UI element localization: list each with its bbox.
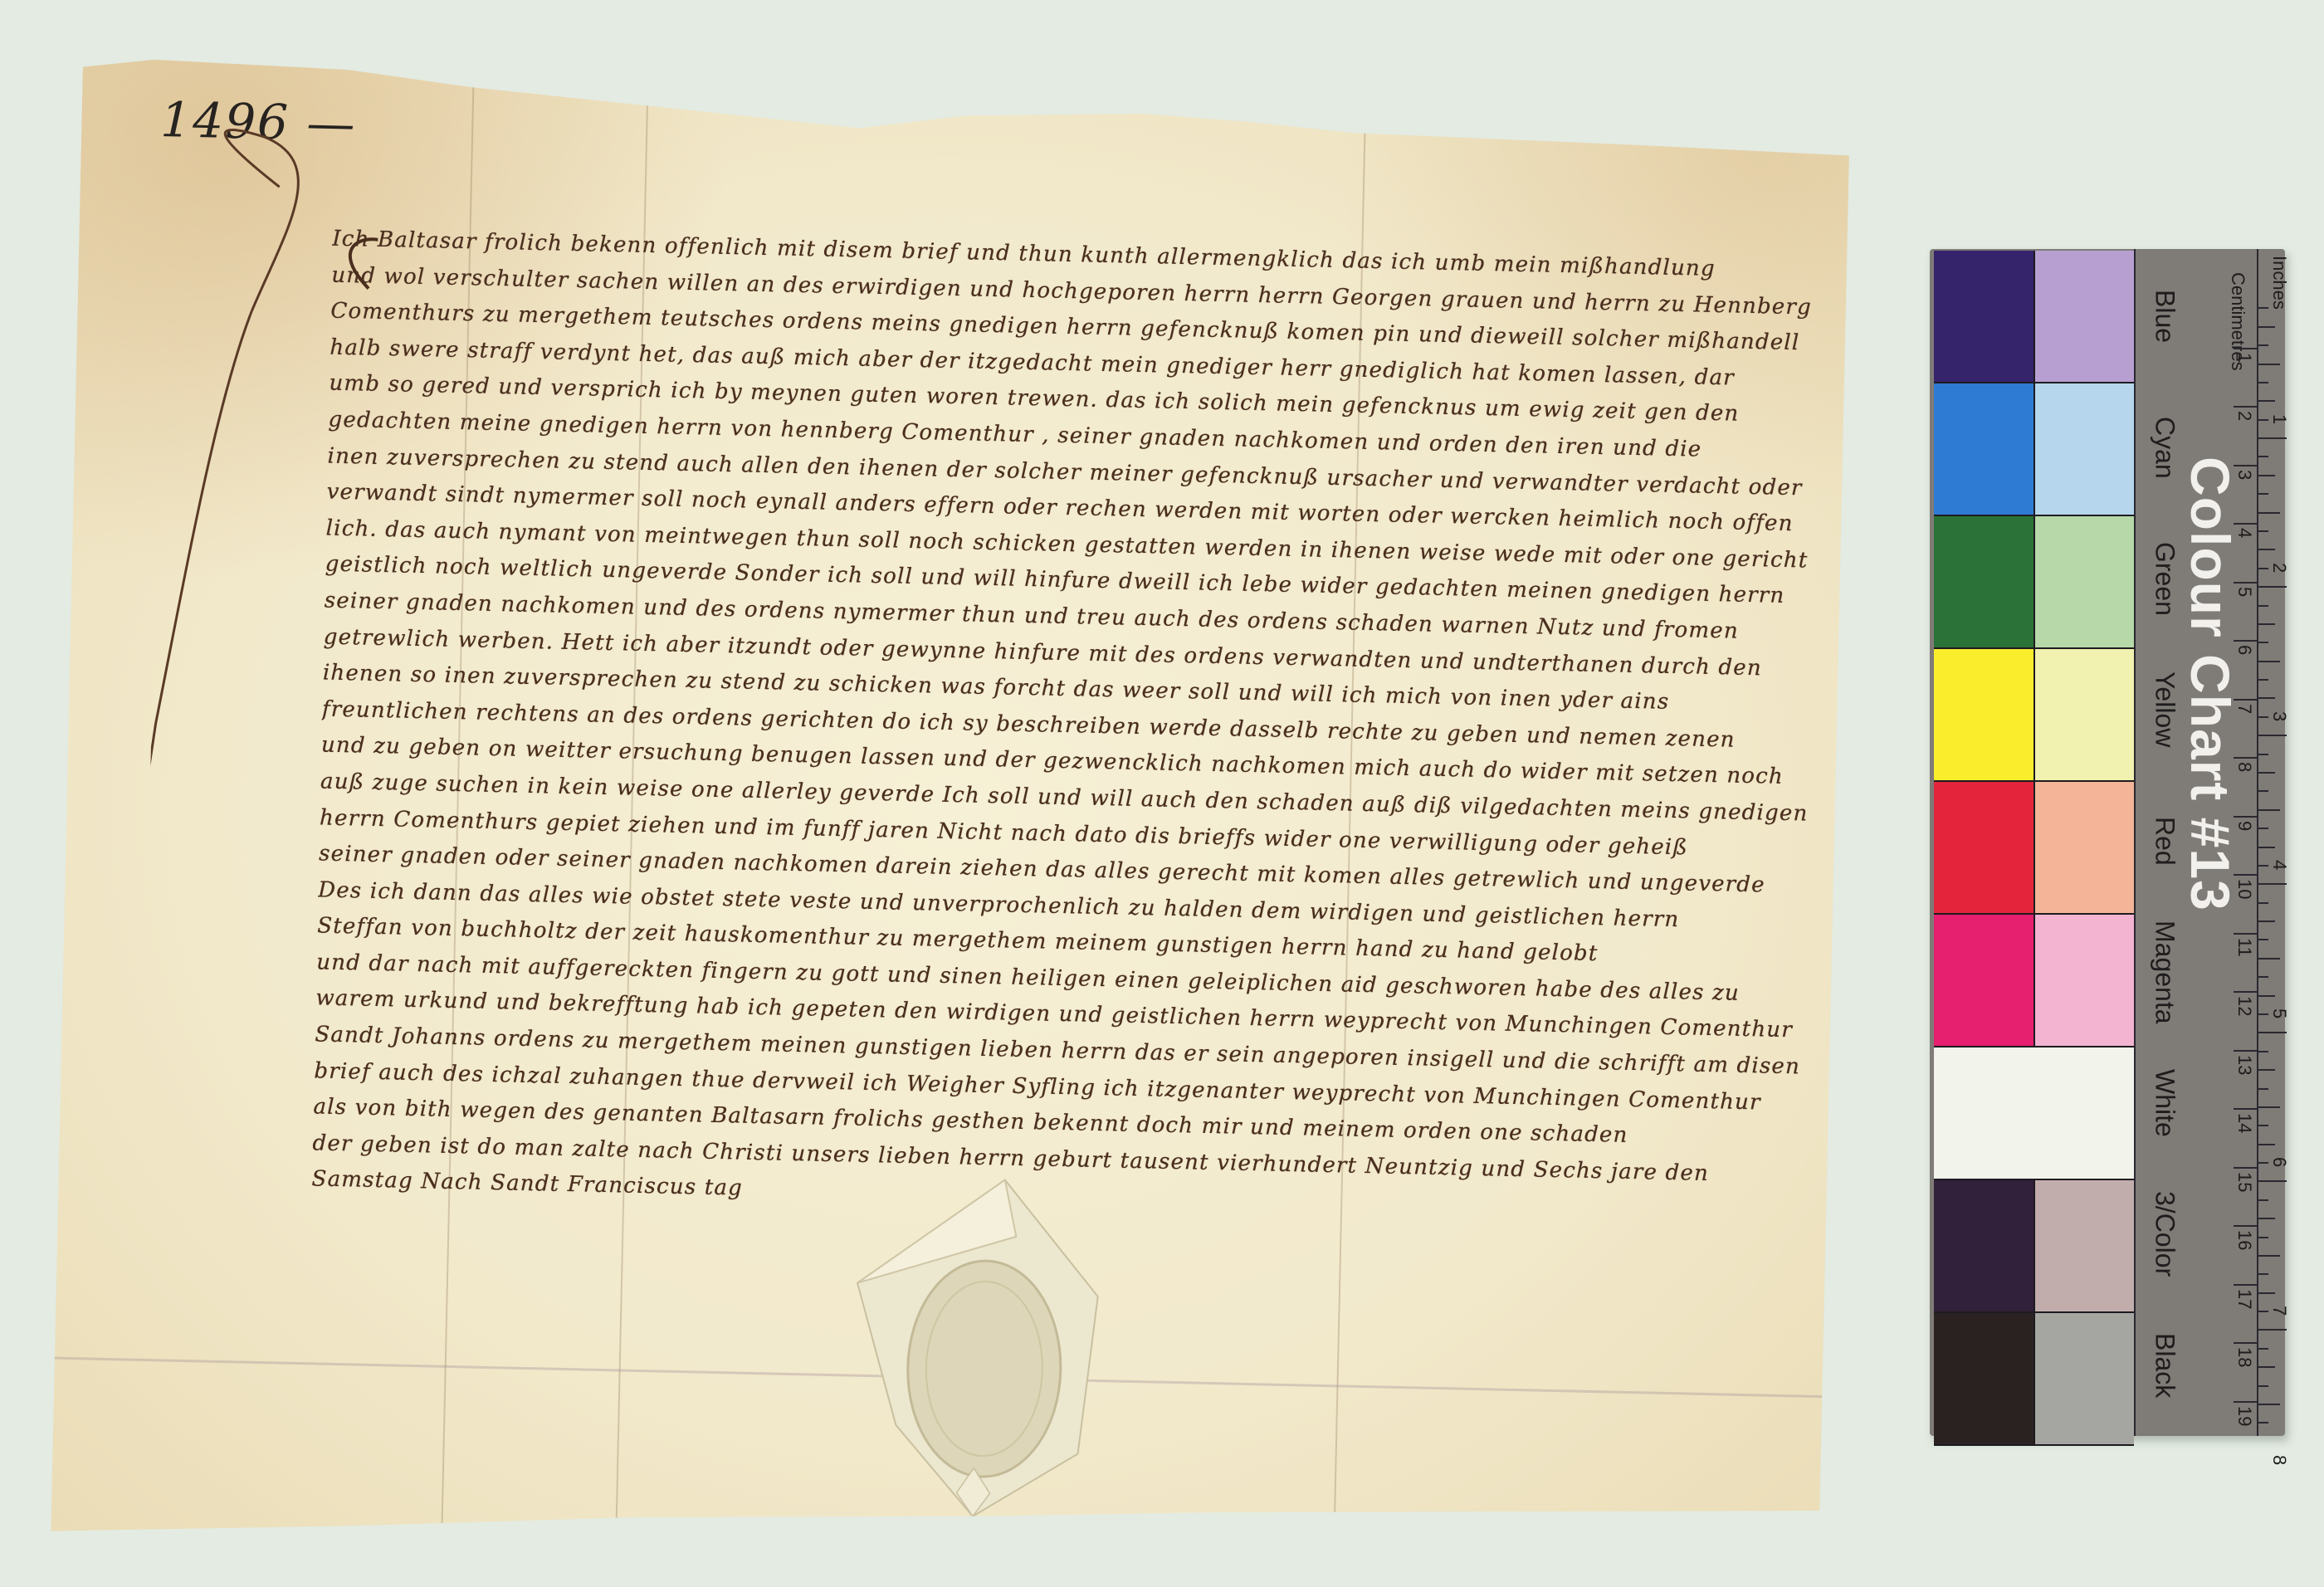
cm-tick (2234, 465, 2257, 466)
swatch-white (1934, 1047, 2134, 1179)
inch-tick (2258, 1088, 2268, 1090)
swatch-label: Magenta (2144, 906, 2185, 1038)
cm-tick (2234, 348, 2257, 349)
inch-tick (2258, 1125, 2268, 1126)
inch-tick (2258, 697, 2275, 699)
inch-tick (2258, 754, 2268, 755)
inch-tick (2258, 307, 2268, 309)
inch-tick (2258, 902, 2268, 904)
cm-tick-label: 19 (2230, 1406, 2255, 1426)
wax-seal-icon (803, 1174, 1142, 1521)
inch-tick (2258, 586, 2287, 588)
swatch-label: Blue (2144, 251, 2185, 382)
inch-tick (2258, 1218, 2275, 1219)
swatch-black-light (2033, 1313, 2135, 1444)
cm-tick-label: 13 (2230, 1055, 2255, 1075)
cm-tick (2234, 1167, 2257, 1169)
cm-tick-label: 15 (2230, 1172, 2255, 1192)
ruler-line (2257, 249, 2258, 1436)
cm-tick-label: 3 (2230, 470, 2255, 480)
swatch-blue-dark (1934, 251, 2033, 382)
inch-tick-label: 5 (2268, 1008, 2290, 1018)
inch-tick (2258, 326, 2275, 328)
inch-tick (2258, 1404, 2280, 1405)
cm-tick (2234, 1401, 2257, 1403)
manuscript-sheet: 1496 — Ich Baltasar frolich bekenn offen… (51, 58, 1850, 1570)
inch-tick (2258, 1144, 2275, 1145)
inch-tick (2258, 679, 2268, 681)
scan-scene: 1496 — Ich Baltasar frolich bekenn offen… (0, 0, 2324, 1587)
inch-tick (2258, 549, 2275, 550)
cm-tick (2234, 640, 2257, 642)
swatch-label: Black (2144, 1300, 2185, 1431)
inch-tick-label: 2 (2268, 563, 2290, 573)
label-ruler-strip: BlueCyanGreenYellowRedMagentaWhite3/Colo… (2134, 249, 2287, 1436)
inch-tick (2258, 958, 2280, 960)
swatch-row-black (1934, 1313, 2134, 1446)
swatch-row-3-color (1934, 1180, 2134, 1313)
cm-tick-label: 5 (2230, 587, 2255, 597)
cm-tick-label: 18 (2230, 1347, 2255, 1367)
inch-tick (2258, 883, 2287, 885)
cm-tick (2234, 1225, 2257, 1227)
inch-tick-label: 4 (2268, 860, 2290, 870)
chart-title: Colour Chart #13 (2184, 457, 2242, 911)
swatch-label: White (2144, 1038, 2185, 1169)
inches-label: Inches (2268, 256, 2290, 310)
manuscript-text: Ich Baltasar frolich bekenn offenlich mi… (311, 222, 1818, 1231)
cm-tick (2234, 523, 2257, 525)
cm-tick (2234, 933, 2257, 935)
cm-tick-label: 8 (2230, 762, 2255, 772)
inch-tick (2258, 493, 2268, 495)
cm-tick-label: 11 (2230, 938, 2255, 957)
inch-tick (2258, 920, 2275, 922)
swatch-row-magenta (1934, 915, 2134, 1047)
inch-tick (2258, 512, 2280, 514)
inch-tick (2258, 790, 2268, 792)
inch-tick (2258, 1013, 2268, 1015)
inch-tick (2258, 1180, 2287, 1182)
inch-tick (2258, 828, 2268, 829)
cm-tick-label: 14 (2230, 1113, 2255, 1133)
swatch-row-white (1934, 1047, 2134, 1180)
cm-tick-label: 9 (2230, 821, 2255, 831)
inch-tick (2258, 400, 2275, 402)
cm-tick-label: 16 (2230, 1230, 2255, 1250)
cm-tick (2234, 1342, 2257, 1344)
cm-tick (2234, 1050, 2257, 1052)
inch-tick (2258, 865, 2268, 867)
inch-tick (2258, 1106, 2280, 1108)
inch-tick (2258, 1069, 2275, 1071)
cm-tick (2234, 699, 2257, 701)
inch-tick (2258, 419, 2268, 421)
cm-tick-label: 7 (2230, 704, 2255, 714)
inch-tick (2258, 1162, 2268, 1164)
inch-tick (2258, 1311, 2268, 1312)
swatch-row-yellow (1934, 649, 2134, 782)
cm-tick (2234, 582, 2257, 584)
swatch-row-cyan (1934, 383, 2134, 516)
inch-tick (2258, 1366, 2275, 1368)
colour-chart: BlueCyanGreenYellowRedMagentaWhite3/Colo… (1930, 249, 2285, 1436)
inch-tick (2258, 530, 2268, 532)
swatch-cyan-light (2033, 383, 2135, 515)
swatch-red-dark (1934, 782, 2033, 913)
inch-tick (2258, 623, 2275, 625)
cm-tick (2234, 874, 2257, 876)
cm-tick-label: 6 (2230, 645, 2255, 655)
inch-tick-label: 3 (2268, 711, 2290, 721)
inch-tick (2258, 437, 2287, 439)
inch-tick (2258, 1255, 2280, 1257)
inch-tick-label: 7 (2268, 1306, 2290, 1316)
inch-tick (2258, 661, 2280, 662)
cm-tick-label: 2 (2230, 411, 2255, 421)
swatch-green-dark (1934, 516, 2033, 647)
cm-tick-label: 10 (2230, 879, 2255, 899)
swatch-magenta-dark (1934, 915, 2033, 1046)
inch-tick (2258, 1199, 2268, 1201)
swatch-label: 3/Color (2144, 1169, 2185, 1300)
inch-tick (2258, 735, 2287, 736)
inch-tick (2258, 1237, 2268, 1238)
cm-tick (2234, 991, 2257, 993)
inch-tick (2258, 568, 2268, 569)
cm-tick-label: 4 (2230, 528, 2255, 538)
cm-tick (2234, 757, 2257, 759)
swatch-3-color-dark (1934, 1180, 2033, 1311)
inch-tick (2258, 1422, 2268, 1423)
inch-tick (2258, 1292, 2275, 1294)
inch-tick-label: 1 (2268, 414, 2290, 424)
swatch-red-light (2033, 782, 2135, 913)
inch-tick (2258, 364, 2280, 365)
swatch-yellow-dark (1934, 649, 2033, 780)
inch-tick (2258, 847, 2275, 848)
inch-tick (2258, 1385, 2268, 1387)
inch-tick (2258, 939, 2268, 940)
swatch-yellow-light (2033, 649, 2135, 780)
cm-tick-label: 17 (2230, 1289, 2255, 1309)
swatch-row-green (1934, 516, 2134, 649)
swatch-magenta-light (2033, 915, 2135, 1046)
inch-tick (2258, 809, 2280, 811)
inch-tick (2258, 995, 2275, 997)
inch-tick (2258, 1273, 2268, 1275)
inch-tick (2258, 344, 2268, 346)
inch-tick (2258, 1329, 2287, 1331)
cm-tick (2234, 816, 2257, 818)
inch-tick (2258, 1348, 2268, 1350)
inch-tick (2258, 605, 2268, 607)
inch-tick (2258, 716, 2268, 718)
swatch-cyan-dark (1934, 383, 2033, 515)
swatch-3-color-light (2033, 1180, 2135, 1311)
swatch-blue-light (2033, 251, 2135, 382)
cm-tick (2234, 1108, 2257, 1110)
inch-tick (2258, 976, 2268, 978)
swatch-black-dark (1934, 1313, 2033, 1444)
swatch-row-blue (1934, 251, 2134, 383)
inch-tick (2258, 642, 2268, 643)
swatch-column (1934, 251, 2134, 1446)
inch-tick (2258, 382, 2268, 383)
inch-tick (2258, 475, 2275, 476)
swatch-green-light (2033, 516, 2135, 647)
inch-tick (2258, 456, 2268, 457)
cm-tick-label: 12 (2230, 996, 2255, 1016)
swatch-row-red (1934, 782, 2134, 915)
inch-tick-label: 6 (2268, 1157, 2290, 1167)
inch-tick-label: 8 (2268, 1455, 2290, 1465)
cm-tick (2234, 1284, 2257, 1286)
inch-tick (2258, 1051, 2268, 1052)
cm-tick (2234, 406, 2257, 408)
inch-tick (2258, 772, 2275, 774)
inch-tick (2258, 1032, 2287, 1033)
cm-tick-label: 1 (2230, 353, 2255, 363)
